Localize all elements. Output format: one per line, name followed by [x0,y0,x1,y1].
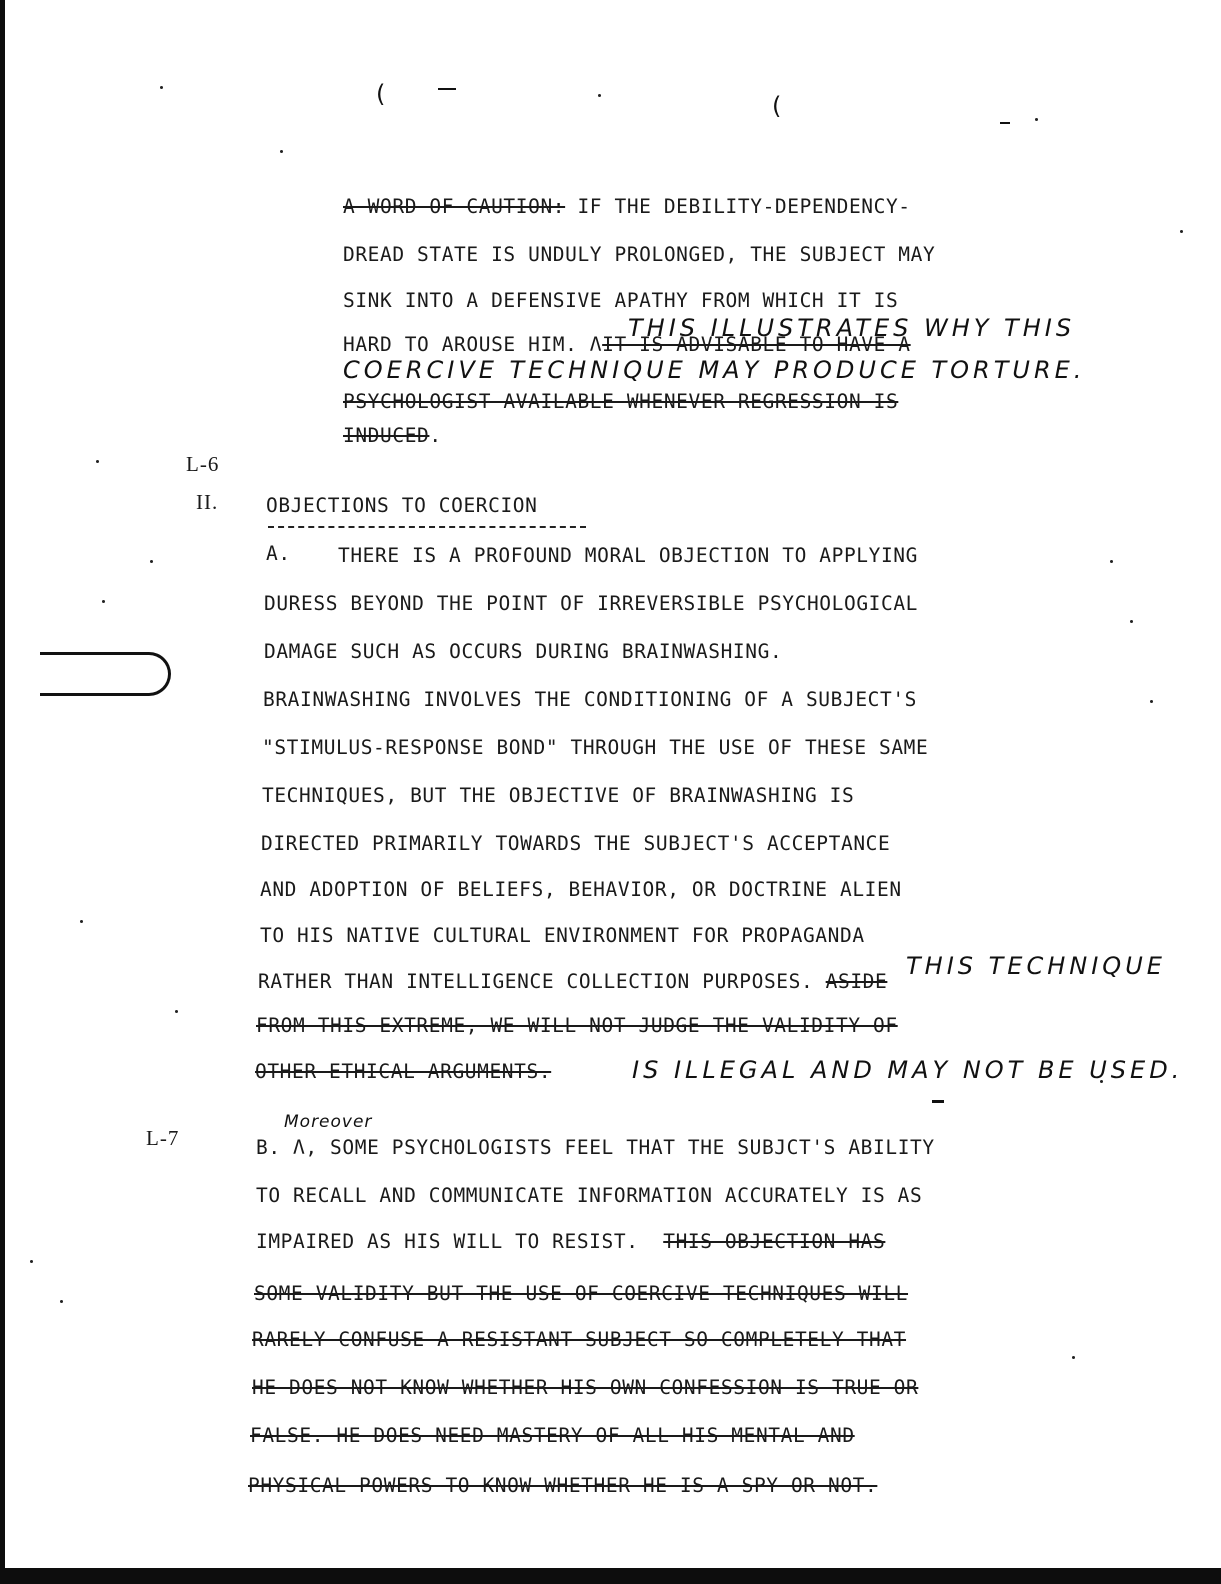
speck [150,560,153,563]
text-line: TO RECALL AND COMMUNICATE INFORMATION AC… [256,1184,922,1207]
struck-text: FALSE. HE DOES NEED MASTERY OF ALL HIS M… [250,1424,855,1447]
handwritten-insert: Moreover [284,1112,372,1132]
struck-text: PSYCHOLOGIST AVAILABLE WHENEVER REGRESSI… [343,390,898,413]
section-title: OBJECTIONS TO COERCION [266,494,537,517]
heading-underline [268,526,586,528]
text-line: IMPAIRED AS HIS WILL TO RESIST. THIS OBJ… [256,1230,885,1253]
text-line: TECHNIQUES, BUT THE OBJECTIVE OF BRAINWA… [262,784,854,807]
text-line: DAMAGE SUCH AS OCCURS DURING BRAINWASHIN… [264,640,782,663]
text-line: RATHER THAN INTELLIGENCE COLLECTION PURP… [258,970,887,993]
margin-label: L-7 [146,1126,179,1151]
speck [175,1010,178,1013]
struck-text: HE DOES NOT KNOW WHETHER HIS OWN CONFESS… [252,1376,918,1399]
scan-mark [1000,122,1010,124]
caret-mark: Λ [293,1136,305,1159]
speck [160,86,163,89]
text-line: HARD TO AROUSE HIM. ΛIT IS ADVISABLE TO … [343,333,911,356]
speck [280,150,283,153]
text-line: TO HIS NATIVE CULTURAL ENVIRONMENT FOR P… [260,924,865,947]
speck [1180,230,1183,233]
struck-text: RARELY CONFUSE A RESISTANT SUBJECT SO CO… [252,1328,906,1351]
struck-text: ASIDE [826,970,888,993]
handwritten-insert: THIS TECHNIQUE [906,952,1166,980]
speck [1130,620,1133,623]
text-line: B. Λ, SOME PSYCHOLOGISTS FEEL THAT THE S… [256,1136,935,1159]
struck-text: IT IS ADVISABLE TO HAVE A [602,333,911,356]
body-text: , SOME PSYCHOLOGISTS FEEL THAT THE SUBJC… [305,1136,934,1159]
speck [1150,700,1153,703]
struck-text: OTHER ETHICAL ARGUMENTS. [255,1060,551,1083]
section-number: II. [196,490,218,515]
body-text: HARD TO AROUSE HIM. Λ [343,333,602,356]
speck [60,1300,63,1303]
speck [1072,1356,1075,1359]
speck [80,920,83,923]
text-line: OTHER ETHICAL ARGUMENTS. [255,1060,551,1083]
scan-edge-left [0,0,5,1584]
scan-mark [932,1100,944,1103]
speck [1035,118,1038,121]
struck-text: INDUCED [343,424,429,447]
text-line: INDUCED. [343,424,442,447]
struck-text: A WORD OF CAUTION: [343,195,565,218]
text-line: "STIMULUS-RESPONSE BOND" THROUGH THE USE… [262,736,928,759]
paragraph-label: B. [256,1136,281,1159]
text-line: DURESS BEYOND THE POINT OF IRREVERSIBLE … [264,592,918,615]
speck [30,1260,33,1263]
struck-text: FROM THIS EXTREME, WE WILL NOT JUDGE THE… [256,1014,898,1037]
scan-mark: ( [376,80,385,108]
paragraph-label: A. [266,542,291,565]
scan-mark [438,88,456,90]
text-line: AND ADOPTION OF BELIEFS, BEHAVIOR, OR DO… [260,878,902,901]
body-text: IF THE DEBILITY-DEPENDENCY- [565,195,911,218]
body-text: . [429,424,441,447]
text-line: DREAD STATE IS UNDULY PROLONGED, THE SUB… [343,243,935,266]
body-text: RATHER THAN INTELLIGENCE COLLECTION PURP… [258,970,813,993]
speck [96,460,99,463]
handwritten-insert: COERCIVE TECHNIQUE MAY PRODUCE TORTURE. [343,356,1085,384]
speck [598,94,601,97]
text-line: BRAINWASHING INVOLVES THE CONDITIONING O… [263,688,917,711]
margin-label: L-6 [186,452,219,477]
handwritten-insert: IS ILLEGAL AND MAY NOT BE USED. [632,1056,1183,1084]
margin-bracket [40,652,171,696]
text-line: THERE IS A PROFOUND MORAL OBJECTION TO A… [338,544,918,567]
body-text: IMPAIRED AS HIS WILL TO RESIST. [256,1230,639,1253]
text-line: DIRECTED PRIMARILY TOWARDS THE SUBJECT'S… [261,832,890,855]
speck [1110,560,1113,563]
scan-mark: ( [772,92,781,120]
struck-text: THIS OBJECTION HAS [663,1230,885,1253]
struck-text: SOME VALIDITY BUT THE USE OF COERCIVE TE… [254,1282,908,1305]
text-line: A WORD OF CAUTION: IF THE DEBILITY-DEPEN… [343,195,911,218]
text-line: SINK INTO A DEFENSIVE APATHY FROM WHICH … [343,289,898,312]
scan-edge-bottom [0,1568,1221,1584]
speck [102,600,105,603]
struck-text: PHYSICAL POWERS TO KNOW WHETHER HE IS A … [248,1474,877,1497]
